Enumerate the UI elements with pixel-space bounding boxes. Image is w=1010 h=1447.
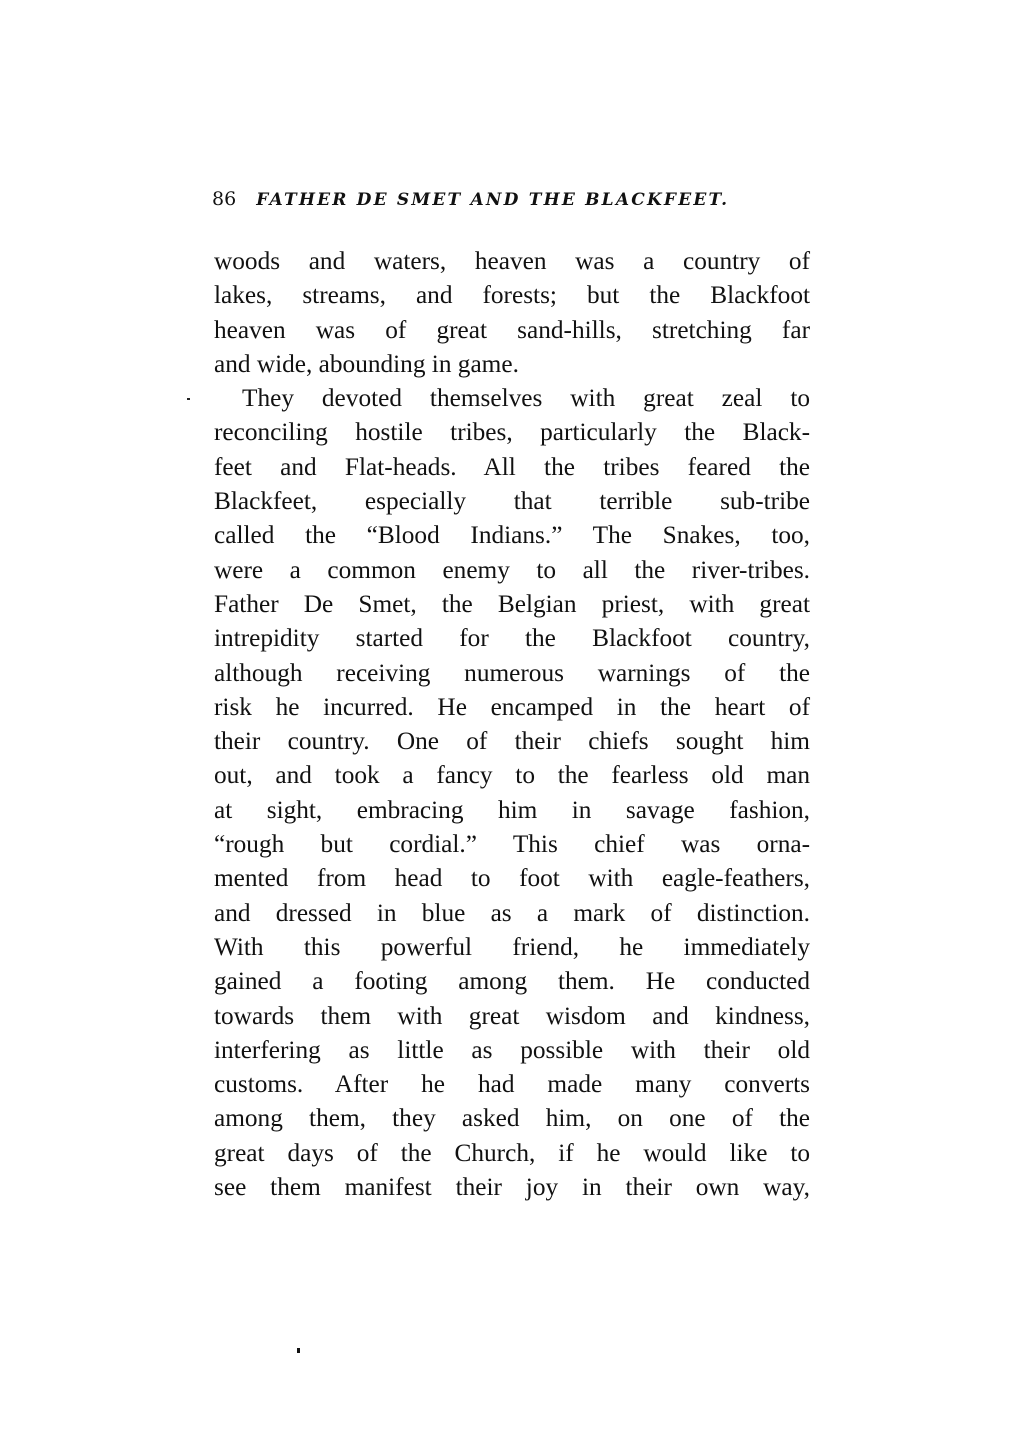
text-line: lakes, streams, and forests; but the Bla… — [214, 278, 810, 312]
margin-speck — [187, 398, 190, 400]
text-line: customs. After he had made many converts — [214, 1067, 810, 1101]
text-line: reconciling hostile tribes, particularly… — [214, 415, 810, 449]
text-line: gained a footing among them. He conducte… — [214, 964, 810, 998]
paragraph-1: woods and waters, heaven was a country o… — [214, 244, 810, 381]
text-line: and dressed in blue as a mark of distinc… — [214, 896, 810, 930]
text-line: see them manifest their joy in their own… — [214, 1170, 810, 1204]
text-line: “rough but cordial.” This chief was orna… — [214, 827, 810, 861]
text-line: With this powerful friend, he immediatel… — [214, 930, 810, 964]
running-head: 86 FATHER DE SMET AND THE BLACKFEET. — [212, 188, 812, 218]
text-line: They devoted themselves with great zeal … — [214, 381, 810, 415]
text-line: risk he incurred. He encamped in the hea… — [214, 690, 810, 724]
text-line: although receiving numerous warnings of … — [214, 656, 810, 690]
text-line: and wide, abounding in game. — [214, 347, 810, 381]
text-line: feet and Flat-heads. All the tribes fear… — [214, 450, 810, 484]
text-line: towards them with great wisdom and kindn… — [214, 999, 810, 1033]
text-line: great days of the Church, if he would li… — [214, 1136, 810, 1170]
book-page: 86 FATHER DE SMET AND THE BLACKFEET. woo… — [0, 0, 1010, 1447]
text-line: interfering as little as possible with t… — [214, 1033, 810, 1067]
paragraph-2: They devoted themselves with great zeal … — [214, 381, 810, 1204]
text-line: Blackfeet, especially that terrible sub-… — [214, 484, 810, 518]
body-text: woods and waters, heaven was a country o… — [214, 244, 810, 1204]
text-line: were a common enemy to all the river-tri… — [214, 553, 810, 587]
text-line: mented from head to foot with eagle-feat… — [214, 861, 810, 895]
text-line: heaven was of great sand-hills, stretchi… — [214, 313, 810, 347]
text-line: at sight, embracing him in savage fashio… — [214, 793, 810, 827]
text-line: their country. One of their chiefs sough… — [214, 724, 810, 758]
text-line: Father De Smet, the Belgian priest, with… — [214, 587, 810, 621]
text-line: out, and took a fancy to the fearless ol… — [214, 758, 810, 792]
text-line: intrepidity started for the Blackfoot co… — [214, 621, 810, 655]
page-number: 86 — [212, 188, 236, 210]
text-line: among them, they asked him, on one of th… — [214, 1101, 810, 1135]
text-line: called the “Blood Indians.” The Snakes, … — [214, 518, 810, 552]
signature-mark — [297, 1348, 300, 1353]
text-line: woods and waters, heaven was a country o… — [214, 244, 810, 278]
running-title: FATHER DE SMET AND THE BLACKFEET. — [256, 190, 729, 210]
